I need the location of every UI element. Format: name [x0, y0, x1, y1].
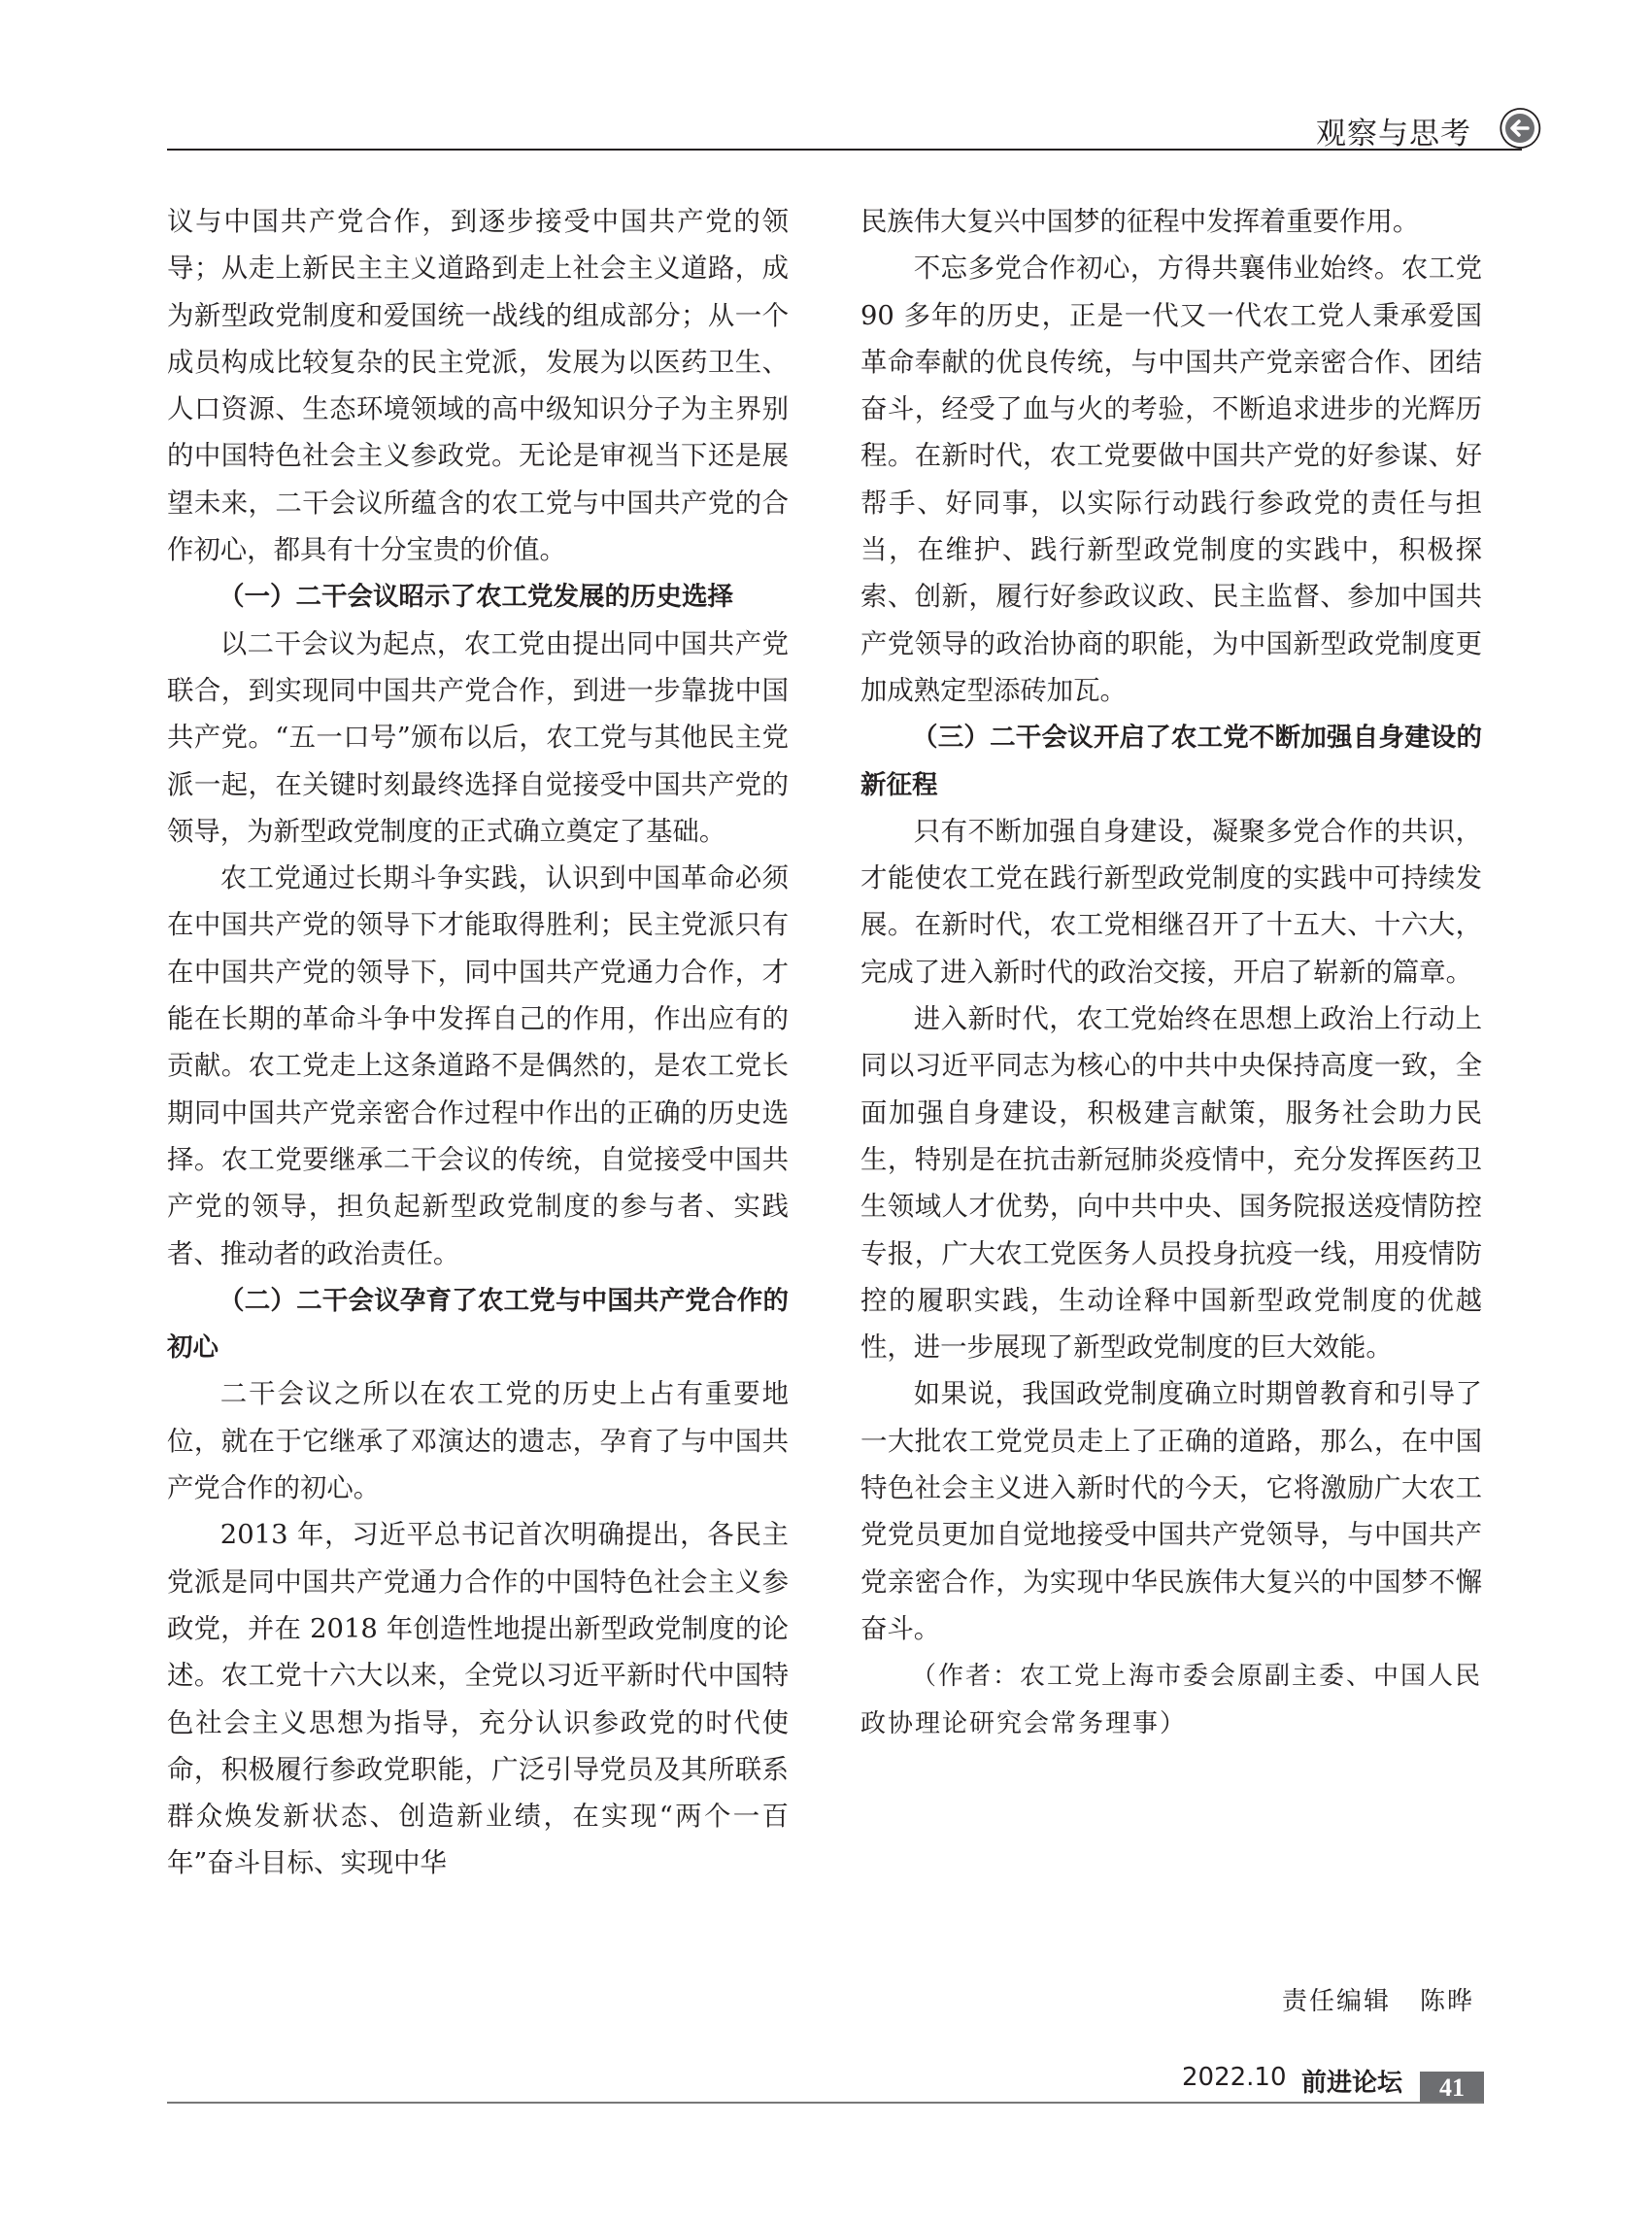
section-heading-1: （一）二干会议昭示了农工党发展的历史选择: [167, 574, 789, 621]
responsible-editor: 责任编辑陈晔: [1282, 1981, 1474, 2017]
editor-name: 陈晔: [1420, 1987, 1474, 2016]
header-rule: [167, 149, 1522, 151]
journal-name: 前进论坛: [1301, 2063, 1402, 2099]
section-heading-2: （二）二干会议孕育了农工党与中国共产党合作的初心: [167, 1278, 789, 1372]
paragraph: 农工党通过长期斗争实践，认识到中国革命必须在中国共产党的领导下才能取得胜利；民主…: [167, 856, 789, 1278]
paragraph: 议与中国共产党合作，到逐步接受中国共产党的领导；从走上新民主主义道路到走上社会主…: [167, 199, 789, 574]
paragraph: 如果说，我国政党制度确立时期曾教育和引导了一大批农工党党员走上了正确的道路，那么…: [860, 1371, 1482, 1653]
left-column: 议与中国共产党合作，到逐步接受中国共产党的领导；从走上新民主主义道路到走上社会主…: [167, 199, 789, 1888]
paragraph: 进入新时代，农工党始终在思想上政治上行动上同以习近平同志为核心的中共中央保持高度…: [860, 996, 1482, 1371]
paragraph: 以二干会议为起点，农工党由提出同中国共产党联合，到实现同中国共产党合作，到进一步…: [167, 622, 789, 856]
footer-rule: [167, 2102, 1483, 2104]
editor-label: 责任编辑: [1282, 1987, 1391, 2016]
section-title: 观察与思考: [1316, 109, 1471, 152]
author-note: （作者：农工党上海市委会原副主委、中国人民政协理论研究会常务理事）: [860, 1653, 1482, 1747]
arrow-left-circle-icon: [1499, 107, 1541, 150]
paragraph: 二干会议之所以在农工党的历史上占有重要地位，就在于它继承了邓演达的遗志，孕育了与…: [167, 1371, 789, 1512]
paragraph: 不忘多党合作初心，方得共襄伟业始终。农工党 90 多年的历史，正是一代又一代农工…: [860, 246, 1482, 715]
section-heading-3: （三）二干会议开启了农工党不断加强自身建设的新征程: [860, 715, 1482, 809]
paragraph: 只有不断加强自身建设，凝聚多党合作的共识，才能使农工党在践行新型政党制度的实践中…: [860, 809, 1482, 996]
page-number-badge: 41: [1420, 2072, 1484, 2104]
right-column: 民族伟大复兴中国梦的征程中发挥着重要作用。 不忘多党合作初心，方得共襄伟业始终。…: [860, 199, 1482, 1747]
paragraph: 2013 年，习近平总书记首次明确提出，各民主党派是同中国共产党通力合作的中国特…: [167, 1512, 789, 1887]
paragraph: 民族伟大复兴中国梦的征程中发挥着重要作用。: [860, 199, 1482, 246]
issue-date: 2022.10: [1182, 2063, 1287, 2092]
